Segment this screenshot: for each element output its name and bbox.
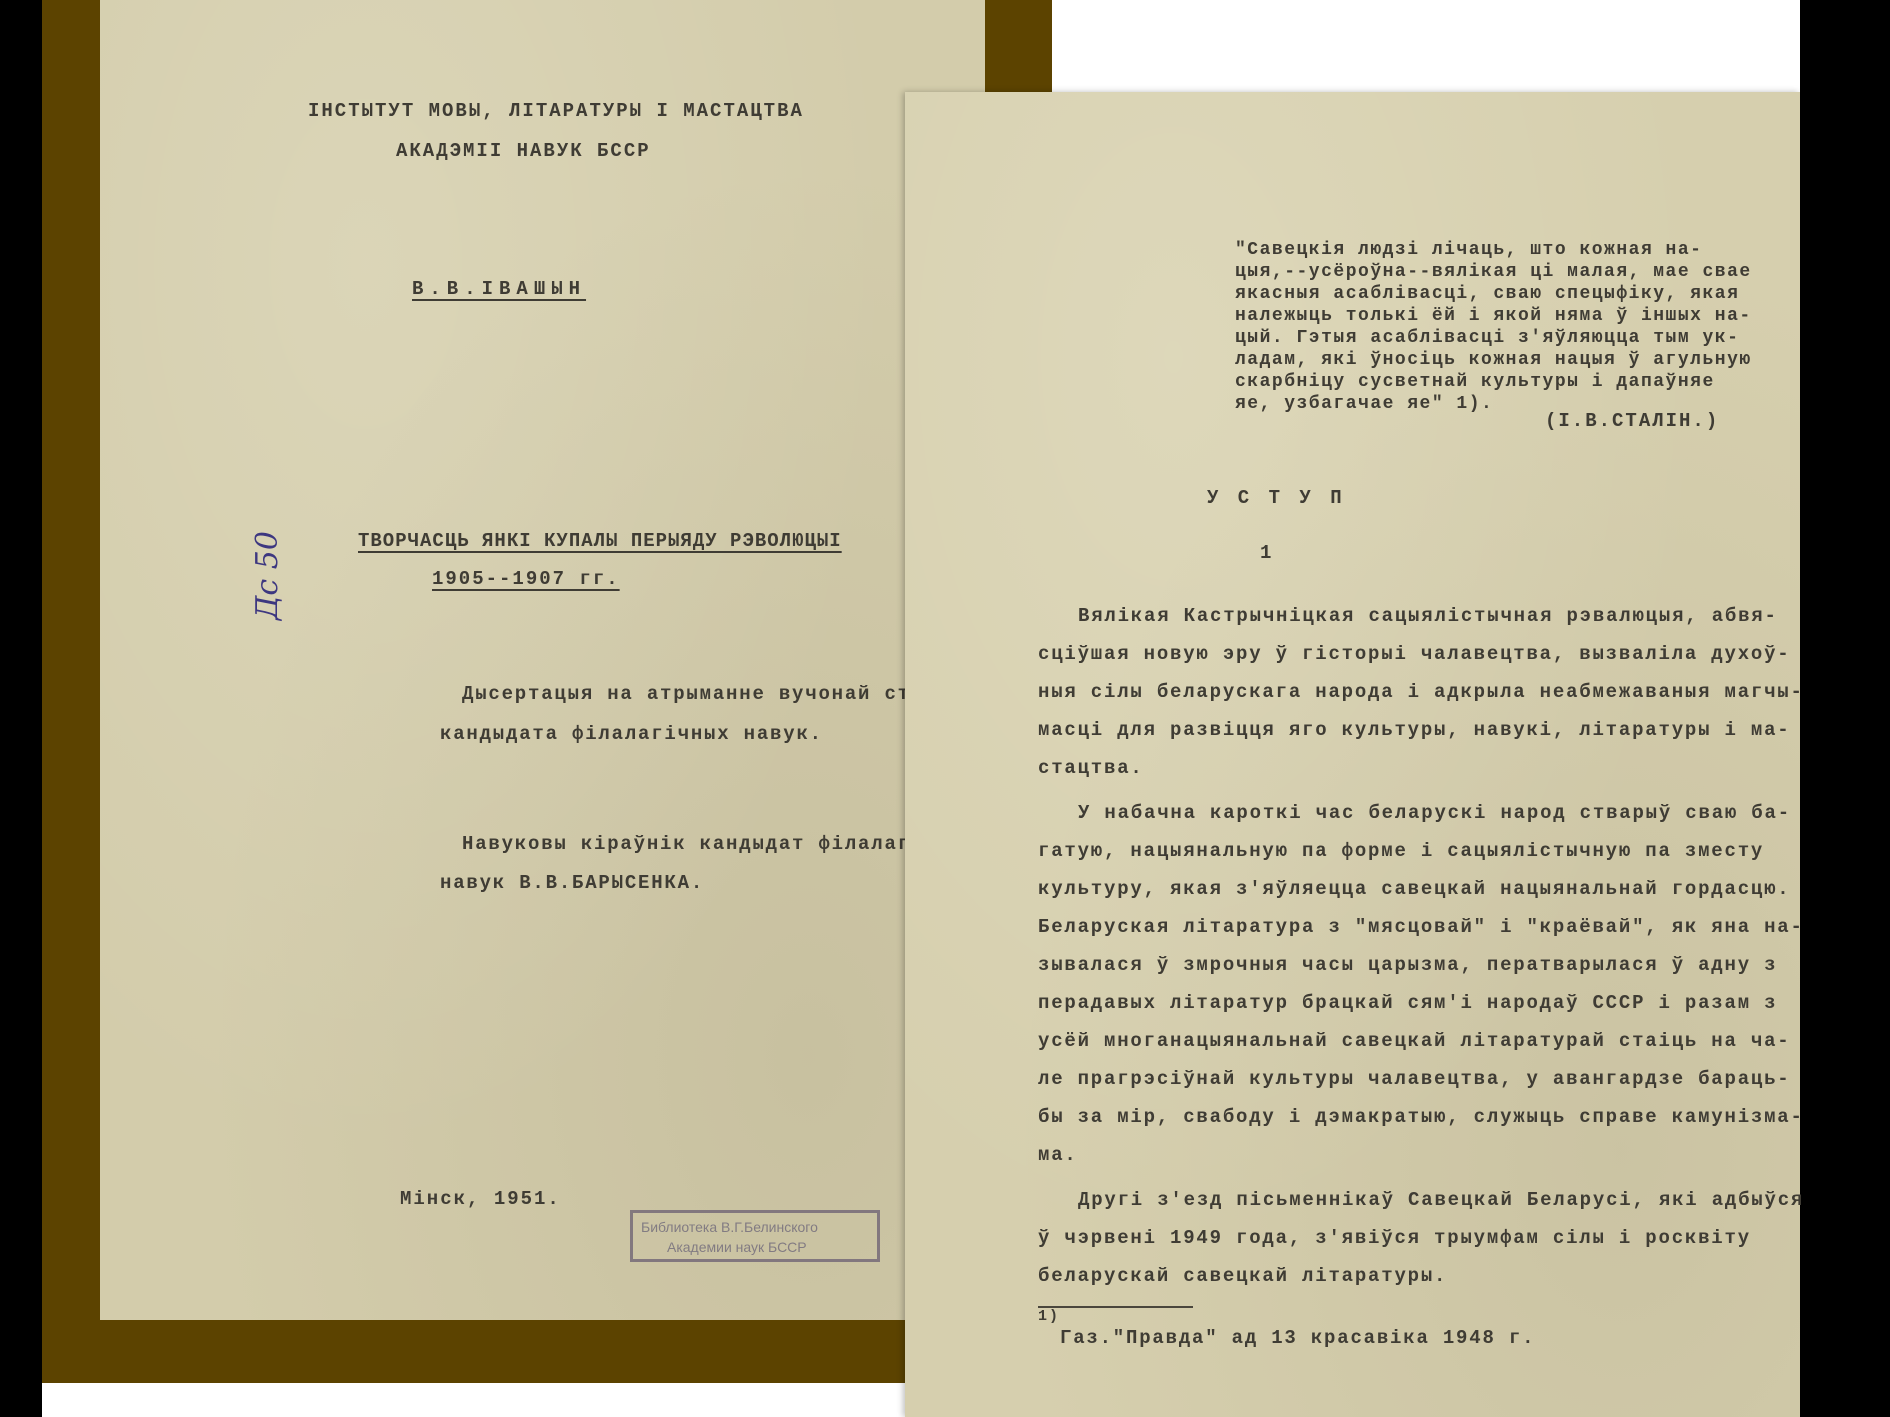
text-line: стацтва. xyxy=(1038,757,1144,779)
stamp-line-2: Академии наук БССР xyxy=(641,1237,869,1257)
text-line: сціўшая новую эру ў гісторыі чалавецтва,… xyxy=(1038,643,1791,665)
text-line: Другі з'езд пісьменнікаў Савецкай Белару… xyxy=(1078,1189,1804,1211)
title-page: ІНСТЫТУТ МОВЫ, ЛІТАРАТУРЫ І МАСТАЦТВА АК… xyxy=(100,0,985,1320)
epigraph-line: скарбніцу сусветнай культуры і дапаўняе xyxy=(1235,372,1715,392)
footnote-text: Газ."Правда" ад 13 красавіка 1948 г. xyxy=(1060,1327,1535,1349)
text-line: ныя сілы беларускага народа і адкрыла не… xyxy=(1038,681,1804,703)
epigraph-line: якасныя асаблівасці, сваю спецыфіку, яка… xyxy=(1235,284,1739,304)
text-line: зывалася ў змрочныя часы царызма, ператв… xyxy=(1038,954,1777,976)
advisor-line-2: навук В.В.БАРЫСЕНКА. xyxy=(440,872,704,894)
epigraph-line: "Савецкія людзі лічаць, што кожная на- xyxy=(1235,240,1702,260)
black-border-left xyxy=(0,0,42,1417)
place-and-year: Мінск, 1951. xyxy=(400,1188,561,1210)
section-number: 1 xyxy=(1260,542,1273,564)
text-line: У набачна кароткі час беларускі народ ст… xyxy=(1078,802,1791,824)
text-line: Вялікая Кастрычніцкая сацыялістычная рэв… xyxy=(1078,605,1778,627)
institute-line-1: ІНСТЫТУТ МОВЫ, ЛІТАРАТУРЫ І МАСТАЦТВА xyxy=(308,100,804,122)
epigraph-line: цыя,--усёроўна--вялікая ці малая, мае св… xyxy=(1235,262,1752,282)
black-border-right xyxy=(1800,0,1890,1417)
institute-line-2: АКАДЭМІІ НАВУК БССР xyxy=(396,140,651,162)
epigraph-attribution: (І.В.СТАЛІН.) xyxy=(1545,410,1719,432)
text-line: беларускай савецкай літаратуры. xyxy=(1038,1265,1447,1287)
text-line: ў чэрвені 1949 года, з'явіўся трыумфам с… xyxy=(1038,1227,1751,1249)
footnote-divider xyxy=(1038,1306,1193,1308)
text-line: усёй многанацыянальнай савецкай літарату… xyxy=(1038,1030,1791,1052)
epigraph-line: ладам, які ўносіць кожная нацыя ў агульн… xyxy=(1235,350,1752,370)
epigraph-line: цый. Гэтыя асаблівасці з'яўляюцца тым ук… xyxy=(1235,328,1739,348)
stamp-line-1: Библиотека В.Г.Белинского xyxy=(641,1217,869,1237)
text-line: гатую, нацыянальную па форме і сацыяліст… xyxy=(1038,840,1764,862)
purpose-line-1: Дысертацыя на атрыманне вучонай ступені xyxy=(462,683,977,705)
footnote-marker: 1) xyxy=(1038,1308,1060,1325)
author-name: В.В.ІВАШЫН xyxy=(412,278,586,300)
library-stamp: Библиотека В.Г.Белинского Академии наук … xyxy=(630,1210,880,1262)
dissertation-title-line-2: 1905--1907 гг. xyxy=(432,568,620,590)
epigraph-line: яе, узбагачае яе" 1). xyxy=(1235,394,1493,414)
purpose-line-2: кандыдата філалагічных навук. xyxy=(440,723,823,745)
text-line: перадавых літаратур брацкай сям'і народа… xyxy=(1038,992,1777,1014)
text-line: ле прагрэсіўнай культуры чалавецтва, у а… xyxy=(1038,1068,1791,1090)
dissertation-title-line-1: ТВОРЧАСЦЬ ЯНКІ КУПАЛЫ ПЕРЫЯДУ РЭВОЛЮЦЫІ xyxy=(358,530,842,552)
text-line: масці для развіцця яго культуры, навукі,… xyxy=(1038,719,1791,741)
section-title: У С Т У П xyxy=(1207,487,1346,509)
text-line: бы за мір, свабоду і дэмакратыю, служыць… xyxy=(1038,1106,1804,1128)
text-line: культуру, якая з'яўляецца савецкай нацыя… xyxy=(1038,878,1791,900)
introduction-page: "Савецкія людзі лічаць, што кожная на- ц… xyxy=(905,92,1800,1417)
text-line: Беларуская літаратура з "мясцовай" і "кр… xyxy=(1038,916,1804,938)
handwritten-catalog-mark: Дс 50 xyxy=(250,531,285,620)
text-line: ма. xyxy=(1038,1144,1078,1166)
advisor-line-1: Навуковы кіраўнік кандыдат філалагічных xyxy=(462,833,977,855)
epigraph-line: належыць толькі ёй і якой няма ў іншых н… xyxy=(1235,306,1752,326)
